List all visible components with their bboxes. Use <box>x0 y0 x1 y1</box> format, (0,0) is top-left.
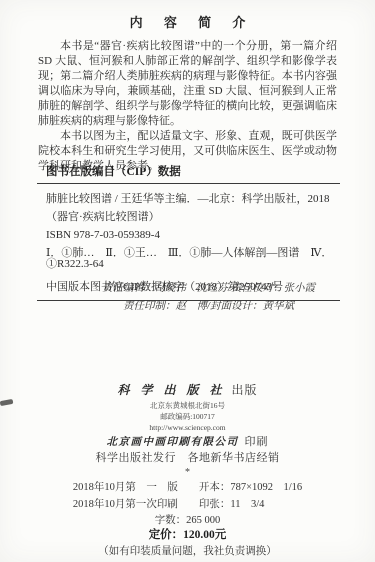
content-summary-title: 内 容 简 介 <box>38 12 337 31</box>
credits-printing-line: 责任印制：赵 博/封面设计：黄华斌 <box>42 298 375 316</box>
word-count: 字数：265 000 <box>0 513 375 528</box>
edition-lines: 2018年10月第 一 版 开本：787×1092 1/16 2018年10月第… <box>73 480 302 513</box>
printer-name: 北京画中画印刷有限公司 <box>107 437 239 448</box>
impression-line: 2018年10月第一次印刷 印张：11 3/4 <box>73 497 302 514</box>
content-summary-section: 内 容 简 介 本书是“器官·疾病比较图谱”中的一个分册，第一篇介绍 SD 大鼠… <box>38 12 337 174</box>
edition-info-block: 2018年10月第 一 版 开本：787×1092 1/16 2018年10月第… <box>0 479 375 513</box>
price: 定价：120.00元 <box>0 528 375 543</box>
book-copyright-page: 内 容 简 介 本书是“器官·疾病比较图谱”中的一个分册，第一篇介绍 SD 大鼠… <box>0 0 375 562</box>
publisher-postcode: 邮政编码:100717 <box>0 411 375 422</box>
publisher-address: 北京东黄城根北街16号 <box>0 400 375 411</box>
cip-classification: Ⅰ．①肺… Ⅱ．①王… Ⅲ．①肺—人体解剖—图谱 Ⅳ．①R322.3-64 <box>37 246 340 270</box>
publisher-line: 科 学 出 版 社出版 <box>0 383 375 397</box>
cip-title-line: 肺脏比较图谱 / 王廷华等主编．—北京：科学出版社，2018 <box>37 192 340 205</box>
divider-star: * <box>0 467 375 479</box>
cip-heading: 图书在版编目（CIP）数据 <box>37 163 340 179</box>
credits-editors-line: 责任编辑：马晓伟 沈红芬/责任校对：张小霞 <box>42 280 375 298</box>
editorial-credits: 责任编辑：马晓伟 沈红芬/责任校对：张小霞 责任印制：赵 博/封面设计：黄华斌 <box>0 280 375 315</box>
quality-note: （如有印装质量问题，我社负责调换） <box>0 544 375 559</box>
cip-top-rule <box>37 183 340 184</box>
publisher-colophon: 科 学 出 版 社出版 北京东黄城根北街16号 邮政编码:100717 http… <box>0 383 375 559</box>
printer-label: 印刷 <box>245 436 269 448</box>
cip-series-line: （器官·疾病比较图谱） <box>37 210 340 223</box>
edition-line: 2018年10月第 一 版 开本：787×1092 1/16 <box>73 480 302 497</box>
publisher-name: 科 学 出 版 社 <box>117 383 225 397</box>
summary-paragraph-1: 本书是“器官·疾病比较图谱”中的一个分册，第一篇介绍 SD 大鼠、恒河猴和人肺部… <box>38 39 337 129</box>
printer-line: 北京画中画印刷有限公司印刷 <box>0 436 375 449</box>
publisher-website: http://www.sciencep.com <box>0 422 375 433</box>
publish-label: 出版 <box>232 383 258 397</box>
cip-isbn: ISBN 978-7-03-059389-4 <box>37 228 340 241</box>
distribution-line: 科学出版社发行 各地新华书店经销 <box>0 452 375 465</box>
